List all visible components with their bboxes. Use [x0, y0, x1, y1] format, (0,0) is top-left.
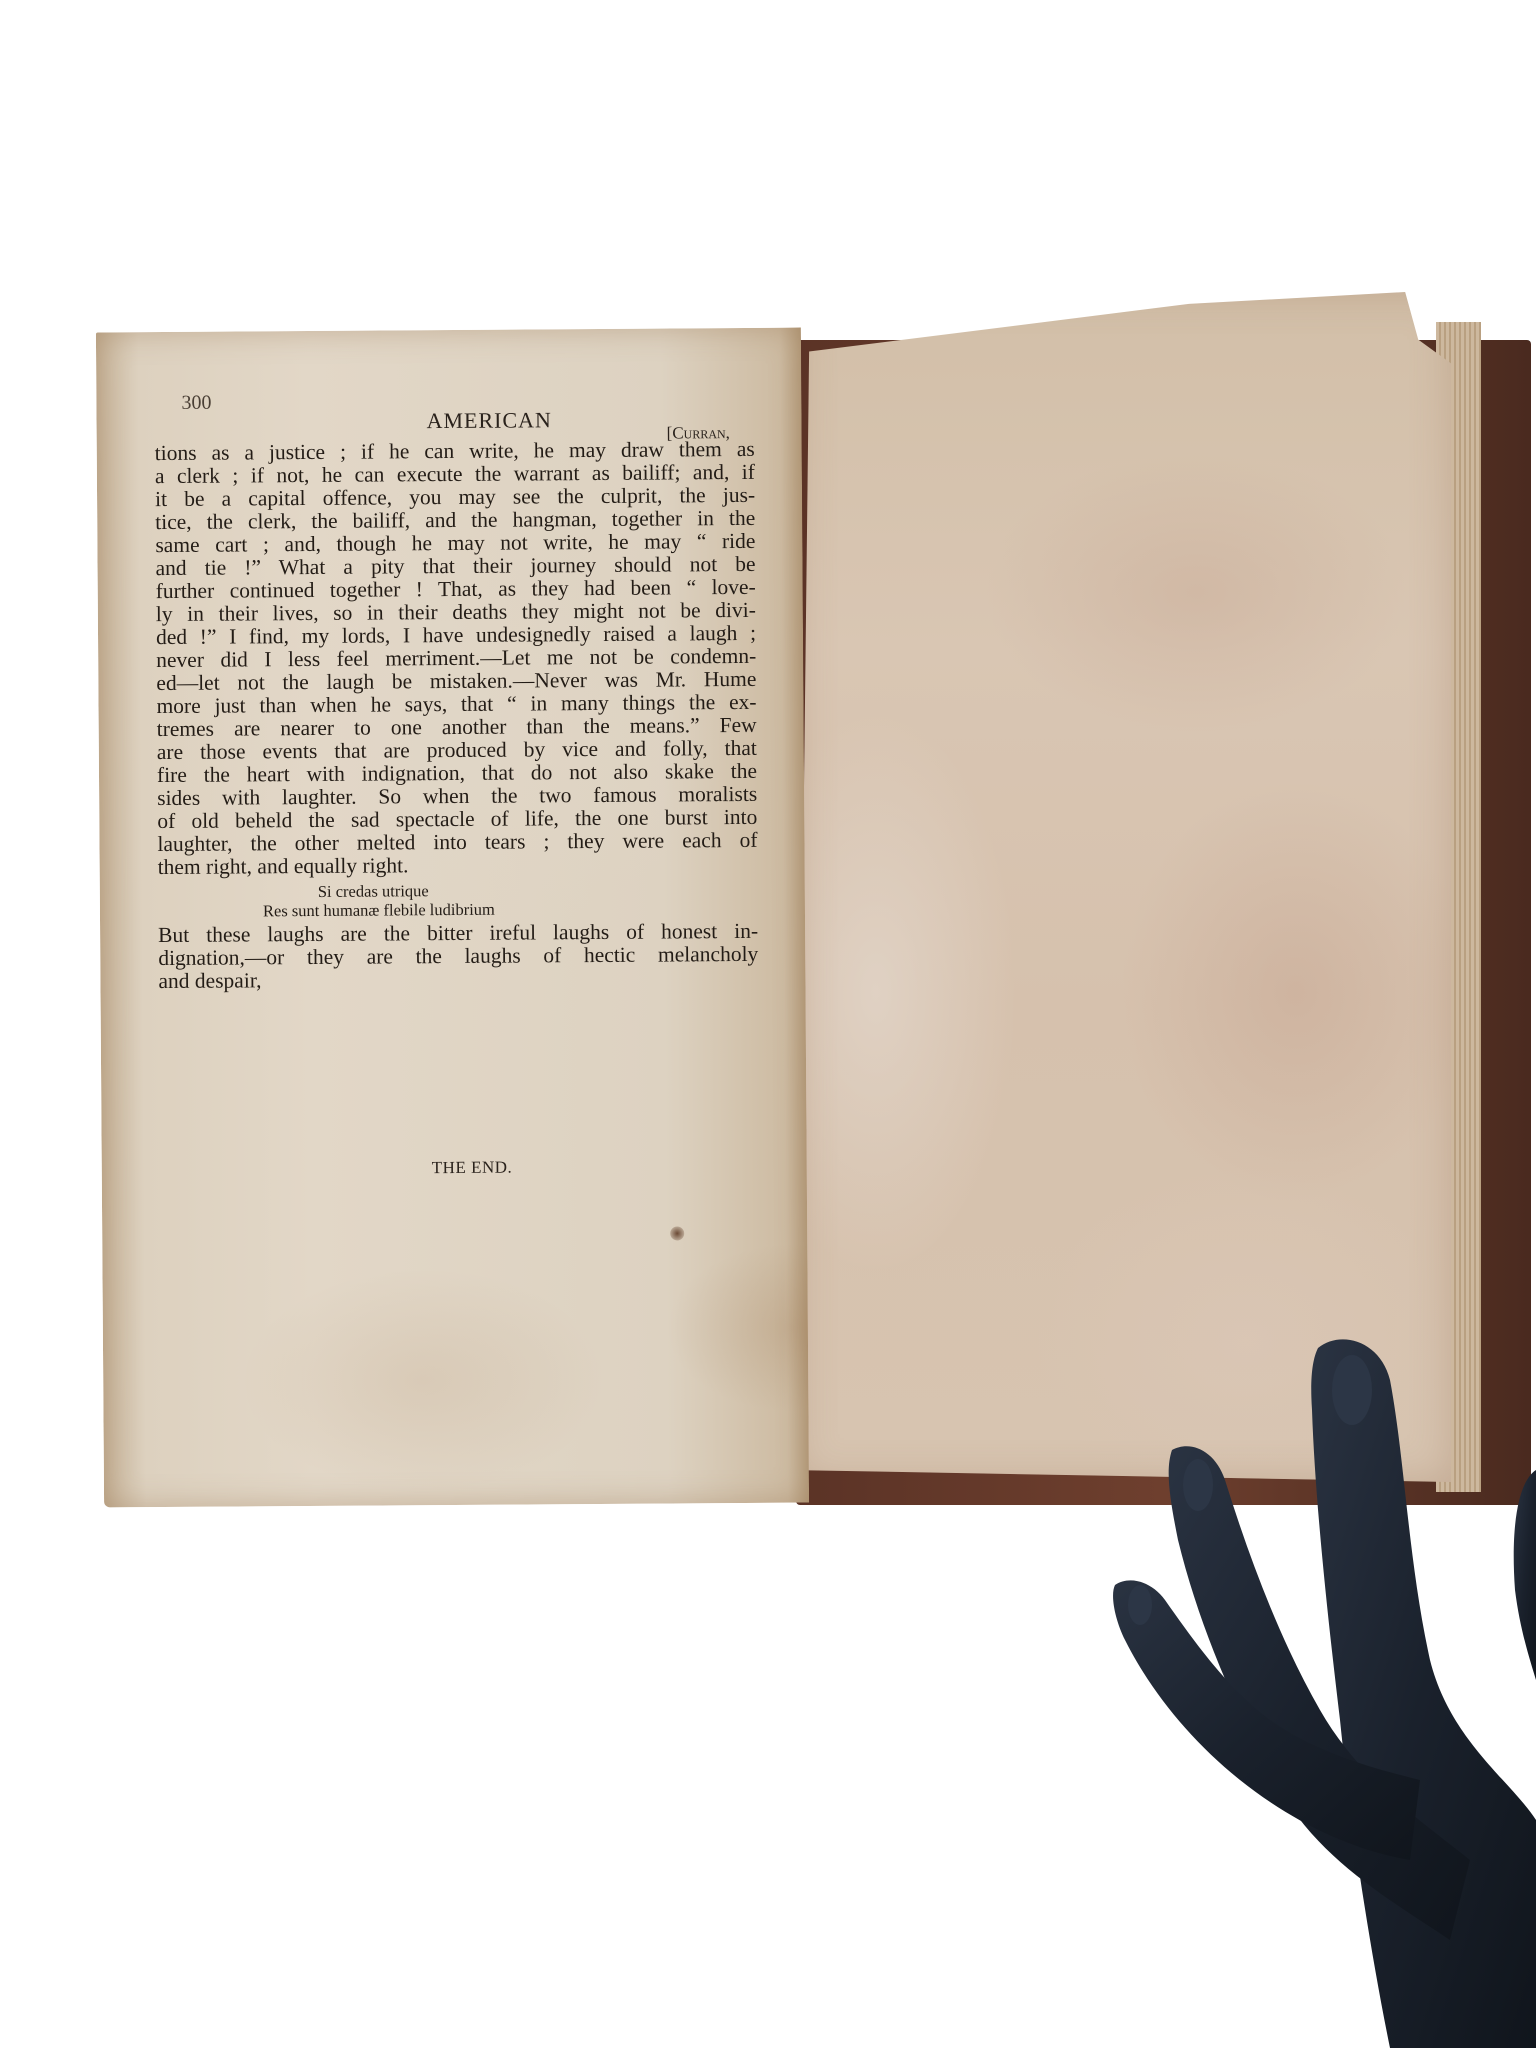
- text-line: dignation,—or they are the laughs of hec…: [158, 943, 758, 970]
- latin-verse-line: Res sunt humanæ flebile ludibrium: [158, 898, 758, 921]
- running-title: AMERICAN: [426, 407, 552, 434]
- final-printed-page: 300 AMERICAN [Curran, tions as a justice…: [96, 328, 809, 1508]
- text-line: and despair,: [158, 966, 758, 993]
- the-end-label: THE END.: [432, 1158, 513, 1179]
- running-head: 300 AMERICAN [Curran,: [96, 388, 801, 393]
- page-number: 300: [181, 392, 211, 415]
- foxing-spot: [670, 1226, 684, 1240]
- text-line: them right, and equally right.: [158, 852, 758, 879]
- body-text: tions as a justice ; if he can write, he…: [155, 438, 759, 993]
- open-book: 300 AMERICAN [Curran, tions as a justice…: [0, 0, 1536, 2048]
- text-line: laughter, the other melted into tears ; …: [157, 829, 757, 856]
- mannequin-hand-icon: [1090, 1300, 1536, 2048]
